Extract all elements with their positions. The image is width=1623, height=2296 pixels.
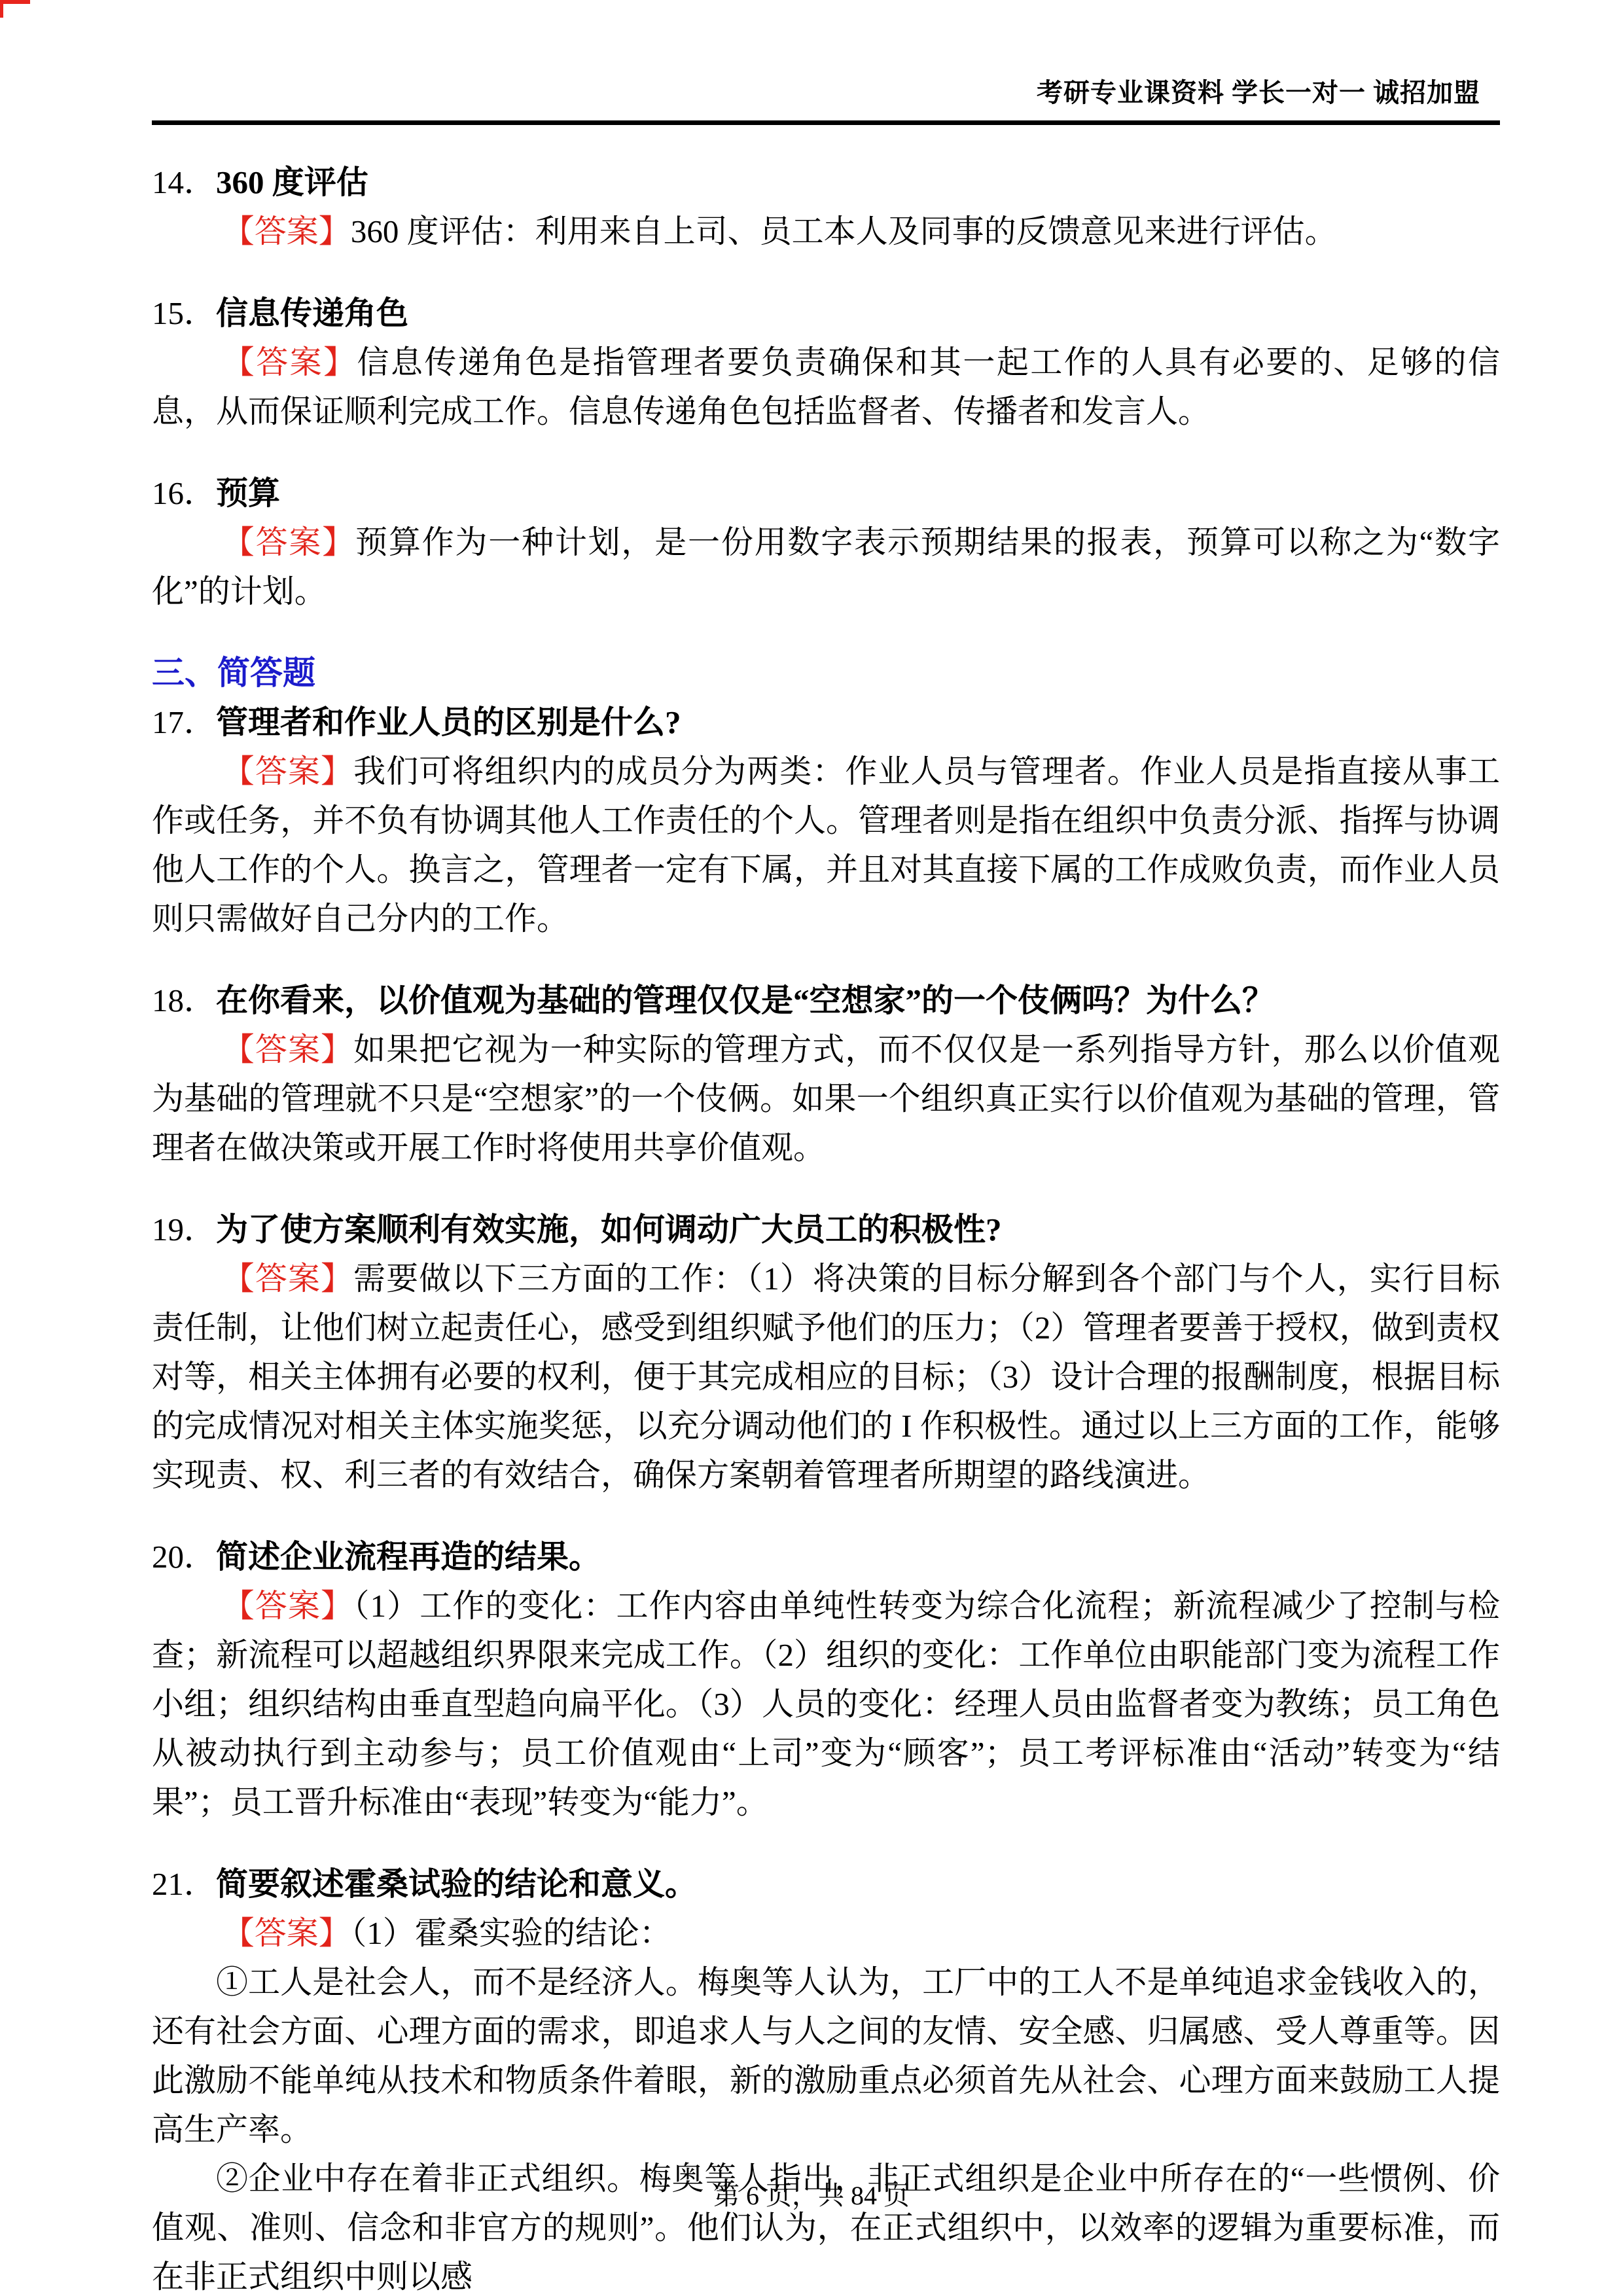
question-number: 18． — [152, 982, 216, 1018]
question-number: 17． — [152, 704, 216, 740]
answer-paragraph: 【答案】需要做以下三方面的工作：（1）将决策的目标分解到各个部门与个人，实行目标… — [152, 1254, 1500, 1499]
question-title-text: 为了使方案顺利有效实施，如何调动广大员工的积极性? — [216, 1211, 1002, 1247]
question-title-text: 360 度评估 — [216, 164, 368, 200]
question-title: 16．预算 — [152, 469, 1500, 518]
question-number: 21． — [152, 1866, 216, 1902]
answer-paragraph: 【答案】信息传递角色是指管理者要负责确保和其一起工作的人具有必要的、足够的信息，… — [152, 338, 1500, 436]
question-title: 18．在你看来，以价值观为基础的管理仅仅是“空想家”的一个伎俩吗？为什么？ — [152, 976, 1500, 1025]
qa-item-20: 20．简述企业流程再造的结果。 【答案】（1）工作的变化：工作内容由单纯性转变为… — [152, 1532, 1500, 1827]
question-title: 20．简述企业流程再造的结果。 — [152, 1532, 1500, 1581]
answer-paragraph: 【答案】（1）工作的变化：工作内容由单纯性转变为综合化流程；新流程减少了控制与检… — [152, 1581, 1500, 1827]
page-header-slogan: 考研专业课资料 学长一对一 诚招加盟 — [0, 0, 1623, 110]
qa-item-21: 21．简要叙述霍桑试验的结论和意义。 【答案】（1）霍桑实验的结论： ①工人是社… — [152, 1859, 1500, 2296]
question-title-text: 在你看来，以价值观为基础的管理仅仅是“空想家”的一个伎俩吗？为什么？ — [216, 982, 1274, 1018]
qa-item-19: 19．为了使方案顺利有效实施，如何调动广大员工的积极性? 【答案】需要做以下三方… — [152, 1205, 1500, 1499]
qa-item-17: 17．管理者和作业人员的区别是什么? 【答案】我们可将组织内的成员分为两类：作业… — [152, 698, 1500, 943]
question-title: 14．360 度评估 — [152, 158, 1500, 207]
question-number: 20． — [152, 1539, 216, 1575]
question-title-text: 预算 — [216, 475, 280, 511]
answer-subparagraph-2: ②企业中存在着非正式组织。梅奥等人指出，非正式组织是企业中所存在的“一些惯例、价… — [152, 2154, 1500, 2296]
answer-paragraph: 【答案】我们可将组织内的成员分为两类：作业人员与管理者。作业人员是指直接从事工作… — [152, 747, 1500, 943]
answer-paragraph: 【答案】360 度评估：利用来自上司、员工本人及同事的反馈意见来进行评估。 — [152, 207, 1500, 256]
red-corner-mark-left — [0, 0, 3, 18]
answer-label: 【答案】 — [223, 344, 357, 380]
question-number: 19． — [152, 1211, 216, 1247]
answer-label: 【答案】 — [223, 524, 355, 560]
question-title: 21．简要叙述霍桑试验的结论和意义。 — [152, 1859, 1500, 1909]
header-rule — [152, 120, 1500, 125]
page-footer: 第 6 页，共 84 页 — [0, 2179, 1623, 2212]
question-title-text: 简述企业流程再造的结果。 — [216, 1539, 601, 1575]
qa-item-15: 15．信息传递角色 【答案】信息传递角色是指管理者要负责确保和其一起工作的人具有… — [152, 289, 1500, 436]
answer-text: 如果把它视为一种实际的管理方式，而不仅仅是一系列指导方针，那么以价值观为基础的管… — [152, 1031, 1500, 1166]
qa-item-16: 16．预算 【答案】预算作为一种计划，是一份用数字表示预期结果的报表，预算可以称… — [152, 469, 1500, 616]
answer-text: （1）工作的变化：工作内容由单纯性转变为综合化流程；新流程减少了控制与检查；新流… — [152, 1588, 1500, 1820]
question-title: 19．为了使方案顺利有效实施，如何调动广大员工的积极性? — [152, 1205, 1500, 1254]
answer-label: 【答案】 — [223, 1915, 351, 1951]
qa-item-14: 14．360 度评估 【答案】360 度评估：利用来自上司、员工本人及同事的反馈… — [152, 158, 1500, 256]
answer-paragraph: 【答案】（1）霍桑实验的结论： — [152, 1909, 1500, 1958]
answer-label: 【答案】 — [223, 753, 353, 789]
answer-paragraph: 【答案】如果把它视为一种实际的管理方式，而不仅仅是一系列指导方针，那么以价值观为… — [152, 1025, 1500, 1172]
question-number: 16． — [152, 475, 216, 511]
document-content: 14．360 度评估 【答案】360 度评估：利用来自上司、员工本人及同事的反馈… — [0, 158, 1623, 2296]
page-number: 第 6 页，共 84 页 — [713, 2181, 910, 2210]
red-corner-mark-top — [0, 0, 30, 4]
question-title: 17．管理者和作业人员的区别是什么? — [152, 698, 1500, 747]
section-heading-short-answer: 三、简答题 — [152, 649, 1500, 698]
answer-label: 【答案】 — [223, 1588, 353, 1624]
answer-text: 360 度评估：利用来自上司、员工本人及同事的反馈意见来进行评估。 — [351, 213, 1337, 249]
document-page: 考研专业课资料 学长一对一 诚招加盟 14．360 度评估 【答案】360 度评… — [0, 0, 1623, 2296]
answer-label: 【答案】 — [223, 1261, 353, 1297]
answer-label: 【答案】 — [223, 213, 351, 249]
question-title: 15．信息传递角色 — [152, 289, 1500, 338]
answer-paragraph: 【答案】预算作为一种计划，是一份用数字表示预期结果的报表，预算可以称之为“数字化… — [152, 518, 1500, 616]
answer-text: （1）霍桑实验的结论： — [351, 1915, 671, 1951]
answer-label: 【答案】 — [223, 1031, 353, 1067]
question-title-text: 管理者和作业人员的区别是什么? — [216, 704, 681, 740]
answer-subparagraph-1: ①工人是社会人，而不是经济人。梅奥等人认为，工厂中的工人不是单纯追求金钱收入的，… — [152, 1958, 1500, 2154]
question-title-text: 简要叙述霍桑试验的结论和意义。 — [216, 1866, 697, 1902]
answer-text: 需要做以下三方面的工作：（1）将决策的目标分解到各个部门与个人，实行目标责任制，… — [152, 1261, 1500, 1493]
qa-item-18: 18．在你看来，以价值观为基础的管理仅仅是“空想家”的一个伎俩吗？为什么？ 【答… — [152, 976, 1500, 1172]
question-number: 14． — [152, 164, 216, 200]
answer-text: 我们可将组织内的成员分为两类：作业人员与管理者。作业人员是指直接从事工作或任务，… — [152, 753, 1500, 937]
question-number: 15． — [152, 295, 216, 331]
question-title-text: 信息传递角色 — [216, 295, 408, 331]
